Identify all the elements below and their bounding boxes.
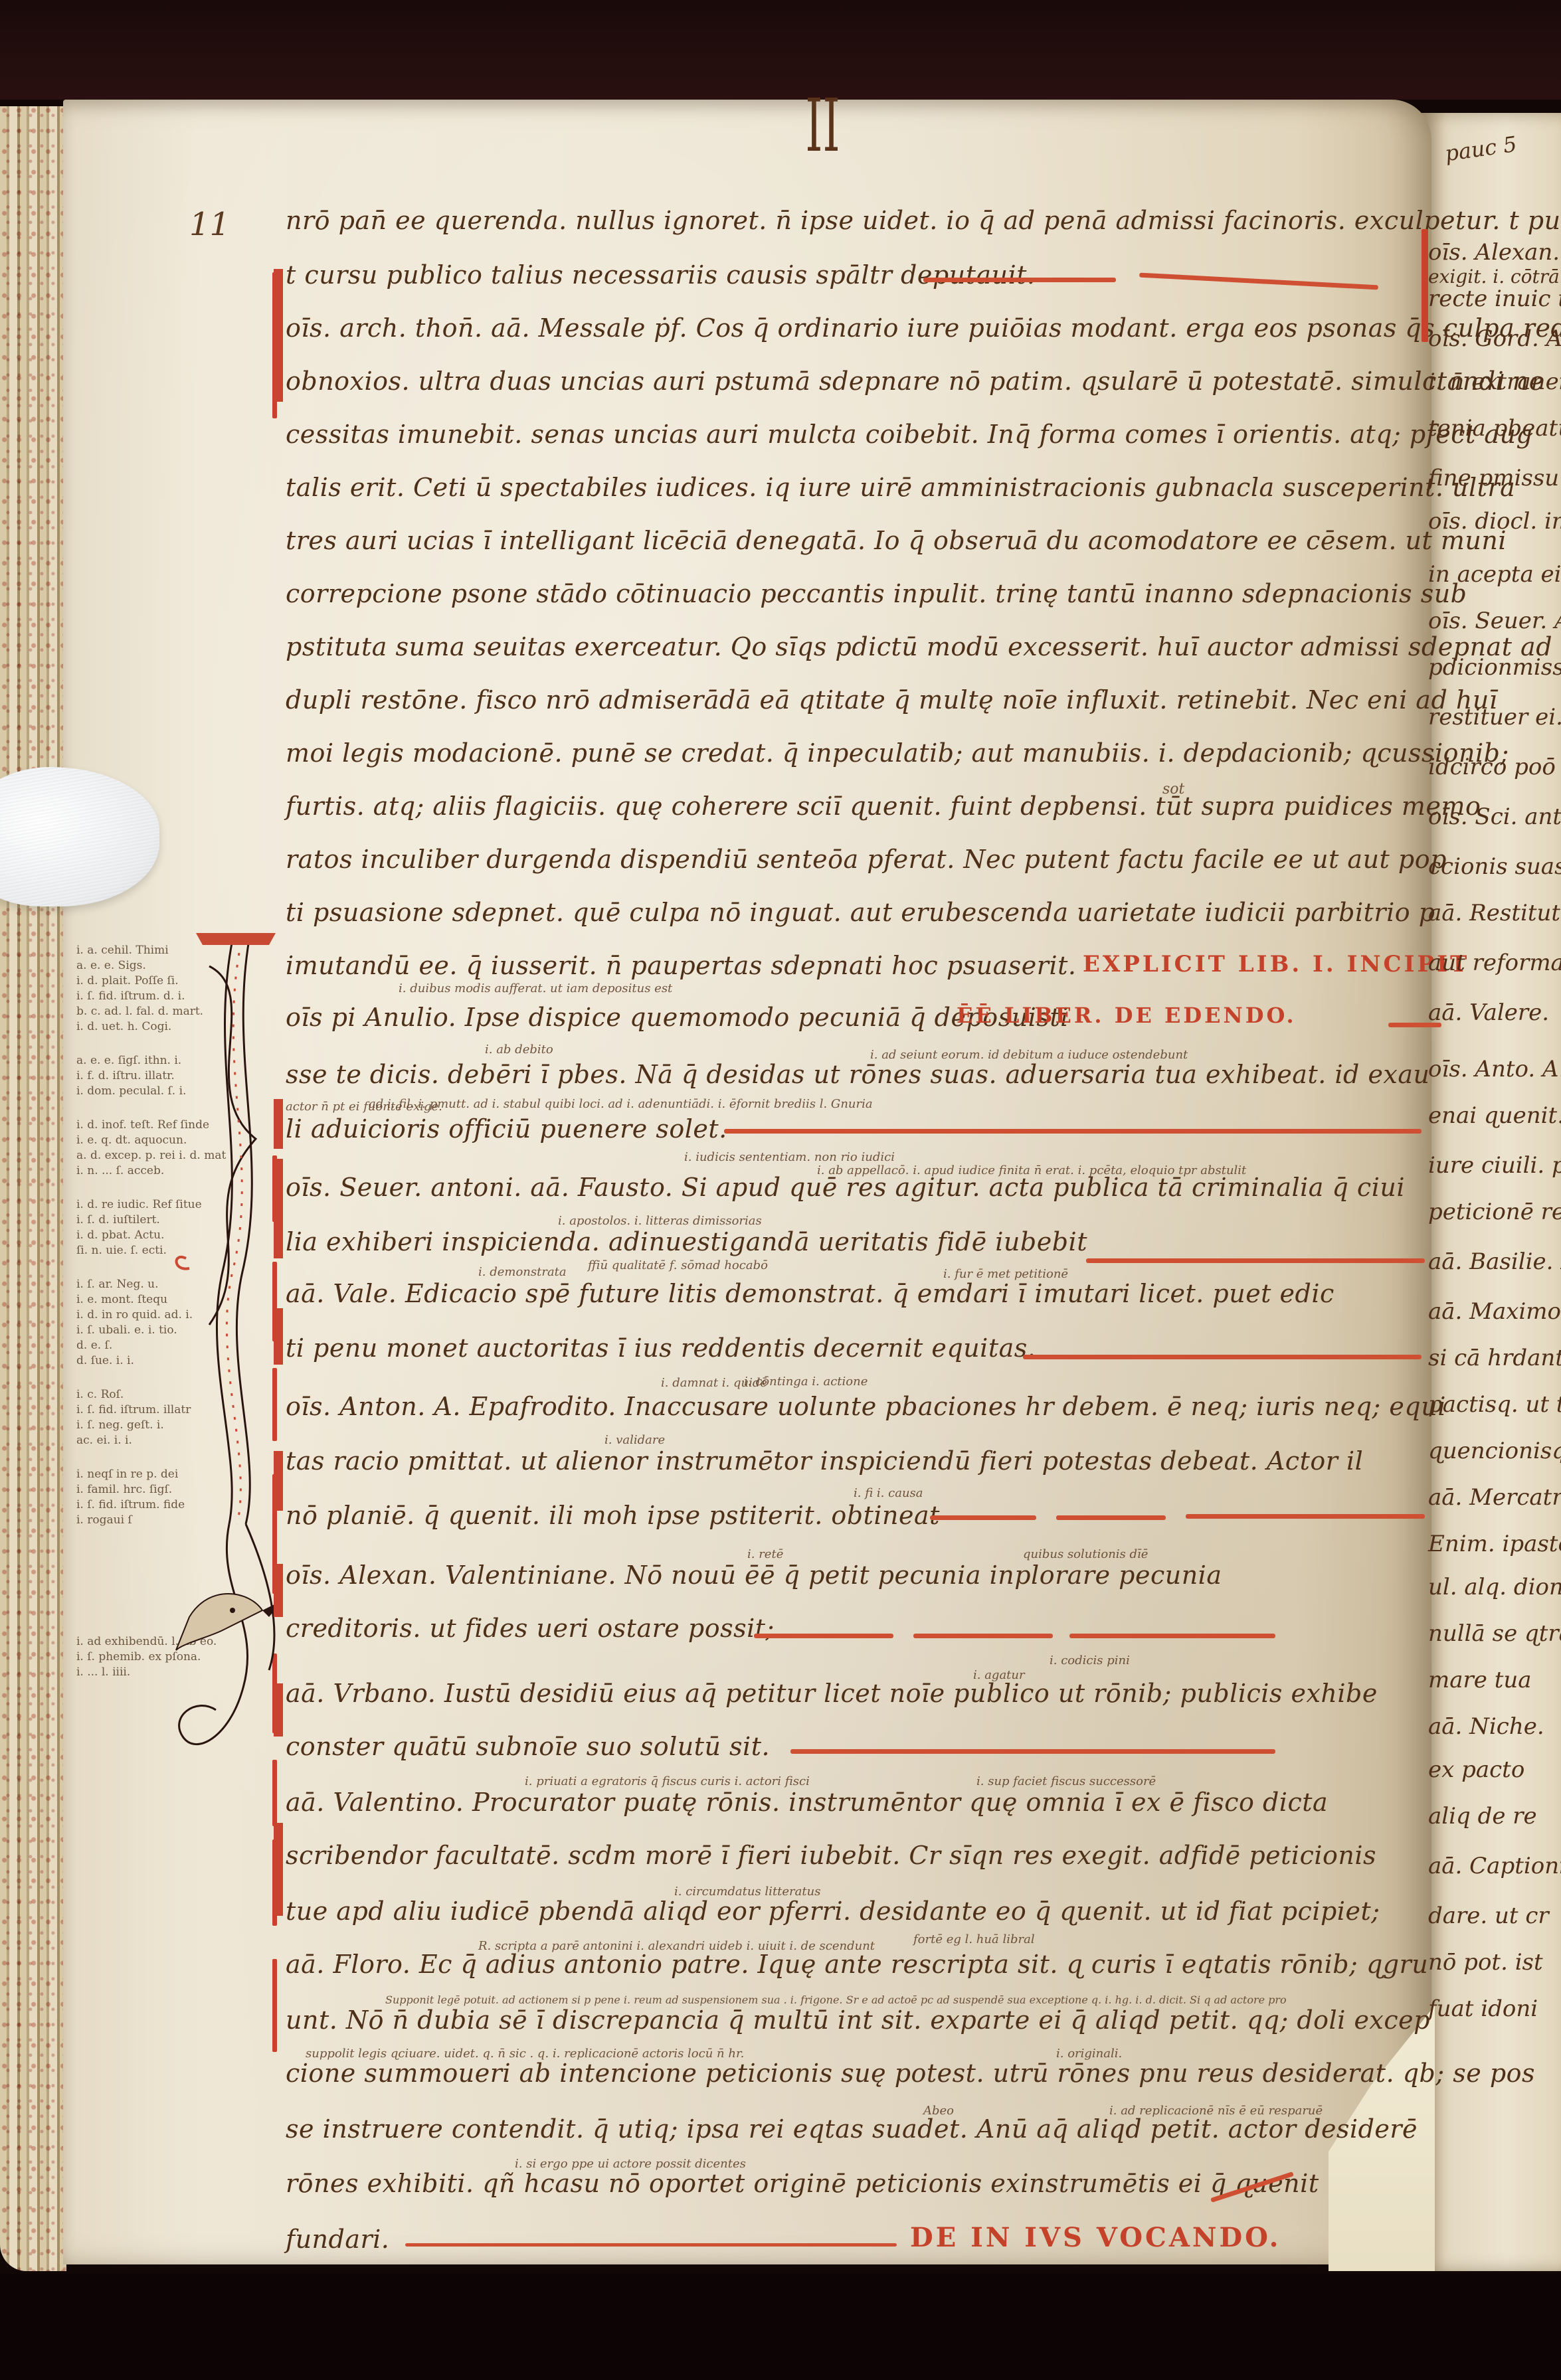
running-head: II xyxy=(805,83,840,168)
line-filler-rule xyxy=(930,1515,1036,1520)
interlinear-gloss: i. apostolos. i. litteras dimissorias xyxy=(558,1214,762,1228)
red-initial-I xyxy=(274,1205,283,1258)
recto-line: exigit. i. cōtrā xyxy=(1428,266,1560,288)
red-initial-I xyxy=(274,1823,283,1916)
recto-line: oīs. Alexan. A. V xyxy=(1428,239,1561,266)
interlinear-gloss: fortē eg l. huā libral xyxy=(913,1932,1035,1946)
recto-line: iure ciuili. par xyxy=(1428,1152,1561,1179)
recto-line: aā. Captioni xyxy=(1428,1853,1561,1879)
text-line: aā. Valentino. Procurator puatę rōnis. i… xyxy=(286,1788,1328,1817)
decorated-initial-icon xyxy=(169,926,282,1803)
recto-line: aā. Basilie. Fac xyxy=(1428,1248,1561,1275)
interlinear-gloss: Supponit legē potuit. ad actionem si p p… xyxy=(385,1994,1287,2006)
text-line: aā. Vale. Edicacio spē future litis demo… xyxy=(286,1279,1334,1308)
red-initial-I xyxy=(274,1099,283,1149)
recto-line: nō pot. ist xyxy=(1428,1949,1543,1976)
recto-line: aā. Valere. xyxy=(1428,999,1549,1026)
text-line: fundari. xyxy=(286,2225,389,2254)
line-filler-rule xyxy=(724,1129,1422,1134)
red-initial-I xyxy=(274,1308,283,1365)
interlinear-gloss: i. iudicis sententiam. non rio iudici xyxy=(684,1150,895,1164)
red-initial-I xyxy=(274,1564,283,1617)
interlinear-gloss: i. codicis pini xyxy=(1050,1654,1130,1667)
interlinear-gloss: i. cōntinga i. actione xyxy=(744,1375,868,1389)
text-line: nrō pan̄ ee querenda. nullus ignoret. n̄… xyxy=(286,206,1561,235)
interlinear-gloss: ffiū qualitatē f. sōmad hocabō xyxy=(588,1258,768,1272)
recto-line: i. n̄ extranei sim xyxy=(1428,369,1561,395)
recto-line: idcirco poō inqu xyxy=(1428,754,1561,780)
interlinear-gloss: i. validare xyxy=(604,1433,665,1447)
text-line: talis erit. Ceti ū spectabiles iudices. … xyxy=(286,473,1515,502)
paragraph-bracket xyxy=(272,1959,277,2052)
text-line: conster quātū subnoīe suo solutū sit. xyxy=(286,1732,770,1761)
interlinear-gloss: i. duibus modis aufferat. ut iam deposit… xyxy=(399,981,672,995)
recto-line: fuat idoni xyxy=(1428,1996,1538,2022)
text-line: imutandū ee. q̄ iusserit. n̄ paupertas s… xyxy=(286,951,1076,980)
interlinear-gloss: i. retē xyxy=(747,1547,783,1561)
text-line: t cursu publico talius necessariis causi… xyxy=(286,260,1036,290)
line-filler-rule xyxy=(1069,1634,1275,1638)
stacked-page-edges xyxy=(0,106,66,2271)
recto-line: fine pmissu pfid xyxy=(1428,465,1561,491)
text-line: tres auri ucias ī intelligant licēciā de… xyxy=(286,526,1507,555)
recto-line: Enim. ipastorē xyxy=(1428,1531,1561,1557)
line-filler-rule xyxy=(1086,1258,1425,1263)
text-line: oīs pi Anulio. Ipse dispice quemomodo pe… xyxy=(286,1003,1069,1032)
text-line: obnoxios. ultra duas uncias auri pstumā … xyxy=(286,367,1544,396)
recto-line: oīs. Anto. A. De ma xyxy=(1428,1056,1561,1082)
text-line: rōnes exhibiti. qñ hcasu nō oportet orig… xyxy=(286,2169,1319,2198)
rubric-de-in-ius-vocando: DE IN IVS VOCANDO. xyxy=(910,2222,1281,2253)
text-line: ti penu monet auctoritas ī ius reddentis… xyxy=(286,1333,1036,1363)
recto-line: aut reformare xyxy=(1428,950,1561,976)
interlinear-gloss: i. demonstrata xyxy=(478,1265,567,1279)
recto-line: in acepta ei. ue xyxy=(1428,561,1561,588)
interlinear-gloss: i. priuati a egratoris q̄ fiscus curis i… xyxy=(525,1774,810,1788)
text-line: oīs. Alexan. Valentiniane. Nō nouū ēē q̄… xyxy=(286,1561,1222,1590)
recto-line: aā. Niche. xyxy=(1428,1713,1544,1740)
line-filler-rule xyxy=(790,1749,1275,1754)
line-filler-rule xyxy=(1056,1515,1166,1520)
text-line: dupli restōne. fisco nrō admiserādā eā q… xyxy=(286,685,1497,715)
text-line: unt. Nō n̄ dubia sē ī discrepancia q̄ mu… xyxy=(286,2005,1430,2035)
text-line: tue apd aliu iudicē pbendā aliqd eor pfe… xyxy=(286,1897,1380,1926)
recto-line: ul. alq. dione xyxy=(1428,1574,1561,1600)
recto-line: pdicionmissi. pecat xyxy=(1428,654,1561,681)
text-line: sse te dicis. debēri ī pbes. Nā q̄ desid… xyxy=(286,1060,1430,1089)
text-line: pstituta suma seuitas exerceatur. Qo sīq… xyxy=(286,632,1552,661)
text-line: lia exhiberi inspicienda. adinuestigandā… xyxy=(286,1227,1087,1256)
text-line: cessitas imunebit. senas uncias auri mul… xyxy=(286,420,1532,449)
line-filler-rule xyxy=(754,1634,893,1638)
text-line: li aduicioris officiū puenere solet. xyxy=(286,1114,727,1144)
dark-background-bottom xyxy=(0,2274,1561,2380)
recto-line: dare. ut cr xyxy=(1428,1903,1549,1929)
text-line: oīs. Anton. A. Epafrodito. Inaccusare uo… xyxy=(286,1392,1446,1421)
recto-line: pactisq. ut tā xyxy=(1428,1391,1561,1418)
line-filler-rule xyxy=(1186,1514,1425,1519)
recto-line: aā. Restituto. S xyxy=(1428,900,1561,926)
text-line: aā. Floro. Ec q̄ adius antonio patre. Iq… xyxy=(286,1950,1428,1979)
line-filler-rule xyxy=(1023,1355,1422,1359)
text-line: se instruere contendit. q̄ utiq; ipsa re… xyxy=(286,2114,1418,2144)
text-line: ti psuasione sdepnet. quē culpa nō ingua… xyxy=(286,898,1435,927)
red-initial-I xyxy=(274,1683,283,1737)
red-initial-I xyxy=(274,1159,283,1212)
recto-line: ex pacto xyxy=(1428,1756,1524,1783)
red-initial-I xyxy=(274,1451,283,1511)
recto-line: oīs. diocl. impē xyxy=(1428,508,1561,535)
text-line: correpcione psone stādo cōtinuacio pecca… xyxy=(286,579,1467,608)
recto-line: mare tua xyxy=(1428,1667,1532,1693)
recto-line: restituer ei. pacti xyxy=(1428,704,1561,730)
text-line: creditoris. ut fides ueri ostare possit; xyxy=(286,1614,775,1643)
recto-line: aā. Mercatran xyxy=(1428,1484,1561,1511)
recto-line: tenia pbeatur xyxy=(1428,415,1561,442)
line-filler-rule xyxy=(913,1634,1053,1638)
folio-number: 11 xyxy=(189,206,230,243)
text-line: oīs. arch. thon̄. aā. Messale ṗf. Cos q̄… xyxy=(286,313,1561,343)
recto-line: peticionē repell xyxy=(1428,1199,1561,1225)
rubric-de-edendo: ĒĒ LIBER. DE EDENDO. xyxy=(957,1003,1297,1028)
line-filler-rule xyxy=(405,2243,897,2247)
text-line: cione summoueri ab intencione peticionis… xyxy=(286,2059,1535,2088)
interlinear-gloss: quibus solutionis dīē xyxy=(1023,1547,1148,1561)
recto-line: oīs. Sci. ante. A. xyxy=(1428,804,1561,830)
interlinear-gloss: i. sup faciet fiscus successorē xyxy=(976,1774,1156,1788)
text-line: furtis. atq; aliis flagiciis. quę cohere… xyxy=(286,792,1481,821)
recto-line: oīs. Gord. A. V xyxy=(1428,325,1561,352)
text-line: tas racio pmittat. ut alienor instrumēto… xyxy=(286,1446,1363,1476)
line-filler-rule xyxy=(923,278,1116,282)
recto-line: recte inuic ta xyxy=(1428,286,1561,312)
recto-red-bracket xyxy=(1422,229,1428,342)
text-line: nō planiē. q̄ ɋuenit. ili moh ipse pstit… xyxy=(286,1501,940,1530)
recto-line: nullā se ɋtra xyxy=(1428,1620,1561,1647)
interlinear-gloss: i. ab debito xyxy=(485,1043,553,1057)
recto-line: ɋuencionisq; fid xyxy=(1428,1438,1561,1464)
recto-line: oīs. Seuer. A. philu xyxy=(1428,608,1561,634)
interlinear-gloss: i. fi i. causa xyxy=(854,1486,923,1500)
text-line: moi legis modacionē. punē se credat. q̄ … xyxy=(286,738,1509,768)
dark-background-top xyxy=(0,0,1561,100)
recto-line: ccionis suas mo xyxy=(1428,853,1561,880)
interlinear-gloss: ad i. fil. i. pmutt. ad i. stabul quibi … xyxy=(369,1097,873,1111)
text-line: oīs. Seuer. antoni. aā. Fausto. Si apud … xyxy=(286,1173,1405,1202)
recto-line: enai ɋuenit. xyxy=(1428,1102,1561,1129)
recto-line: aliq de re xyxy=(1428,1803,1537,1829)
rubric-explicit: EXPLICIT LIB. I. INCIPIT xyxy=(1083,951,1469,977)
recto-line: si cā hrdantē xyxy=(1428,1345,1561,1371)
text-line: aā. Vrbano. Iustū desidiū eius aq̄ petit… xyxy=(286,1679,1378,1708)
text-line: ratos inculiber durgenda dispendiū sente… xyxy=(286,845,1447,874)
red-initial-I xyxy=(274,269,283,402)
recto-line: aā. Maximo. de xyxy=(1428,1298,1561,1325)
text-line: scribendor facultatē. scdm morē ī fieri … xyxy=(286,1841,1376,1870)
